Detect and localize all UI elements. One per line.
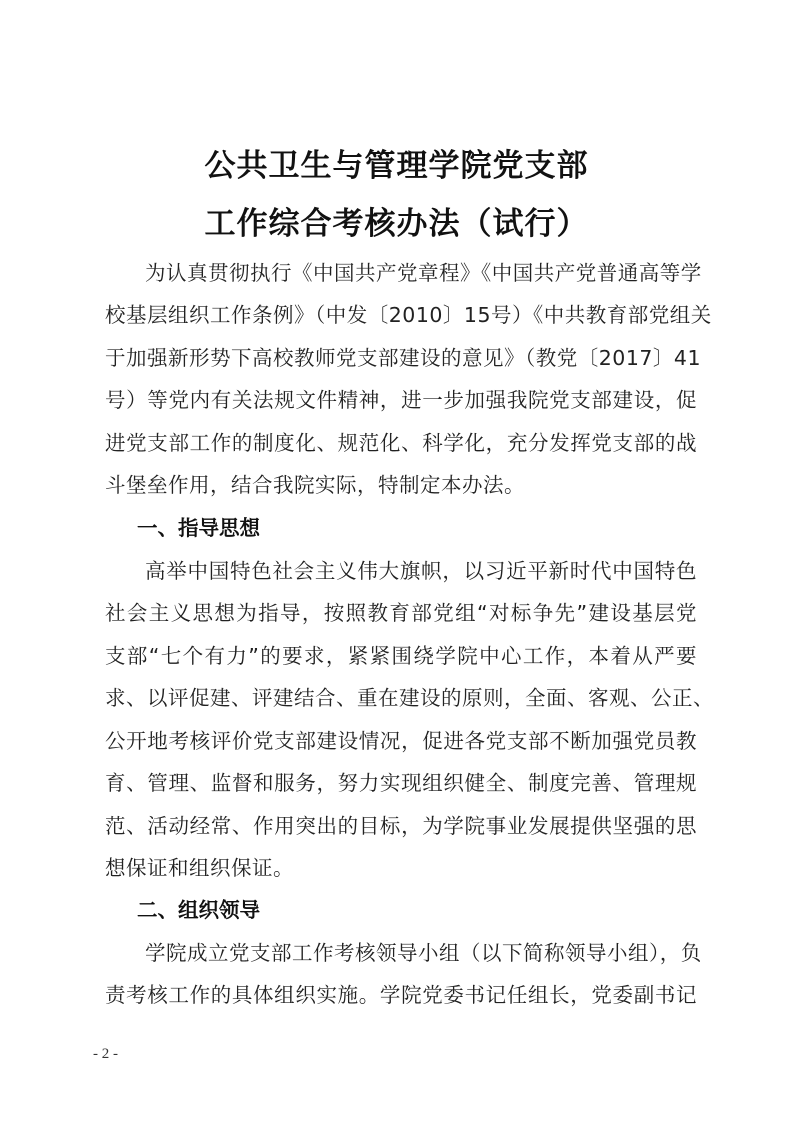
preamble-line: 校基层组织工作条例》（中发〔2010〕15号）《中共教育部党组关 [105,300,697,330]
preamble-line: 进党支部工作的制度化、规范化、科学化，充分发挥党支部的战 [105,428,697,458]
preamble-line: 号）等党内有关法规文件精神，进一步加强我院党支部建设，促 [105,385,697,415]
section-line: 育、管理、监督和服务，努力实现组织健全、制度完善、管理规 [105,768,697,798]
section-line: 责考核工作的具体组织实施。学院党委书记任组长，党委副书记 [105,980,697,1010]
document-title-line-1: 公共卫生与管理学院党支部 [0,140,793,185]
preamble-line: 斗堡垒作用，结合我院实际，特制定本办法。 [105,470,697,500]
section-line: 支部“七个有力”的要求，紧紧围绕学院中心工作，本着从严要 [105,641,697,671]
section-line: 想保证和组织保证。 [105,853,697,883]
section-heading-organization-leadership: 二、组织领导 [137,895,260,925]
page-number: - 2 - [93,1046,118,1063]
section-line: 学院成立党支部工作考核领导小组（以下简称领导小组），负 [145,938,697,968]
preamble-line: 于加强新形势下高校教师党支部建设的意见》（教党〔2017〕41 [105,343,697,373]
section-line: 高举中国特色社会主义伟大旗帜，以习近平新时代中国特色 [145,556,697,586]
document-title-line-2: 工作综合考核办法（试行） [0,198,793,243]
document-page: 公共卫生与管理学院党支部 工作综合考核办法（试行） 为认真贯彻执行《中国共产党章… [0,0,793,1122]
section-line: 范、活动经常、作用突出的目标，为学院事业发展提供坚强的思 [105,811,697,841]
section-line: 求、以评促建、评建结合、重在建设的原则，全面、客观、公正、 [105,683,697,713]
preamble-line: 为认真贯彻执行《中国共产党章程》《中国共产党普通高等学 [145,258,697,288]
section-heading-guiding-ideology: 一、指导思想 [137,513,260,543]
section-line: 公开地考核评价党支部建设情况，促进各党支部不断加强党员教 [105,726,697,756]
section-line: 社会主义思想为指导，按照教育部党组“对标争先”建设基层党 [105,598,697,628]
